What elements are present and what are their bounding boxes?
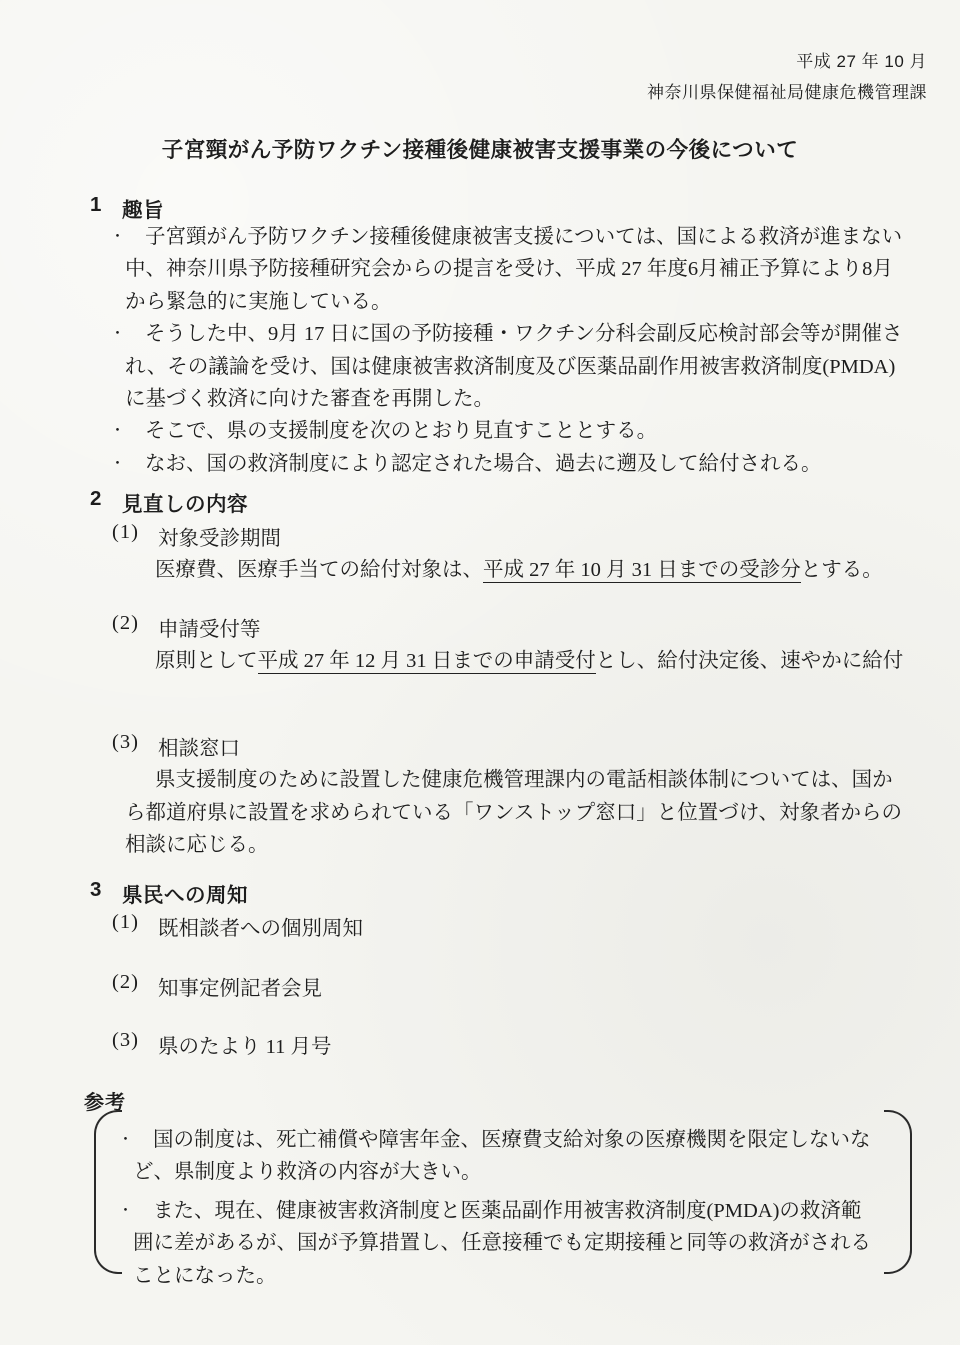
- section-2-title: 見直しの内容: [122, 487, 248, 517]
- item-3-1-title: 既相談者への個別周知: [158, 911, 363, 941]
- item-2-2-title: 申請受付等: [158, 612, 261, 642]
- item-2-1-title: 対象受診期間: [158, 521, 281, 551]
- item-2-2-label: (2): [112, 612, 158, 642]
- item-3-1-label: (1): [112, 911, 158, 941]
- item-2-2-heading: (2) 申請受付等: [112, 612, 261, 642]
- body-text: 原則として: [155, 650, 258, 672]
- body-text: 医療費、医療手当ての給付対象は、: [155, 559, 483, 581]
- reference-bullet-list: ・ 国の制度は、死亡補償や障害年金、医療費支給対象の医療機関を限定しないなど、県…: [120, 1124, 874, 1292]
- underlined-text: 平成 27 年 10 月 31 日までの受診分: [483, 559, 801, 583]
- item-3-2-label: (2): [112, 971, 158, 1001]
- bullet-text: なお、国の救済制度により認定された場合、過去に遡及して給付される。: [145, 453, 822, 475]
- item-3-1: (1) 既相談者への個別周知: [112, 911, 363, 941]
- section-3-number: 3: [90, 878, 122, 908]
- item-3-3-label: (3): [112, 1029, 158, 1059]
- bullet-icon: ・: [118, 1124, 133, 1156]
- item-2-3-body: 県支援制度のために設置した健康危機管理課内の電話相談体制については、国から都道府…: [125, 764, 913, 862]
- item-3-2-title: 知事定例記者会見: [158, 971, 322, 1001]
- bullet-text: そこで、県の支援制度を次のとおり見直すこととする。: [145, 420, 657, 442]
- section-2-heading: 2 見直しの内容: [90, 487, 248, 517]
- section-1-heading: 1 趣旨: [90, 193, 164, 223]
- bullet-text: そうした中、9月 17 日に国の予防接種・ワクチン分科会副反応検討部会等が開催さ…: [125, 323, 902, 410]
- bullet-icon: ・: [110, 415, 125, 447]
- item-2-2-body: 原則として平成 27 年 12 月 31 日までの申請受付とし、給付決定後、速や…: [125, 645, 913, 678]
- item-2-1-body: 医療費、医療手当ての給付対象は、平成 27 年 10 月 31 日までの受診分と…: [125, 554, 913, 587]
- bullet-icon: ・: [118, 1195, 133, 1227]
- item-2-3-title: 相談窓口: [158, 731, 240, 761]
- section-2-number: 2: [90, 487, 122, 517]
- item-3-3: (3) 県のたより 11 月号: [112, 1029, 332, 1059]
- bullet-icon: ・: [110, 318, 125, 350]
- bullet-item: ・ また、現在、健康被害救済制度と医薬品副作用被害救済制度(PMDA)の救済範囲…: [120, 1195, 874, 1292]
- section-1-number: 1: [90, 193, 122, 223]
- page-title: 子宮頸がん予防ワクチン接種後健康被害支援事業の今後について: [0, 133, 960, 164]
- section-3-title: 県民への周知: [122, 878, 248, 908]
- bullet-icon: ・: [110, 448, 125, 480]
- underlined-text: 平成 27 年 12 月 31 日までの申請受付: [258, 650, 596, 674]
- section-1-title: 趣旨: [122, 193, 164, 223]
- bullet-item: ・ 国の制度は、死亡補償や障害年金、医療費支給対象の医療機関を限定しないなど、県…: [120, 1124, 874, 1189]
- right-parenthesis-bracket: [884, 1110, 912, 1274]
- bullet-text: また、現在、健康被害救済制度と医薬品副作用被害救済制度(PMDA)の救済範囲に差…: [133, 1200, 871, 1287]
- section-3-heading: 3 県民への周知: [90, 878, 248, 908]
- bullet-text: 国の制度は、死亡補償や障害年金、医療費支給対象の医療機関を限定しないなど、県制度…: [133, 1129, 871, 1183]
- bullet-item: ・ 子宮頸がん予防ワクチン接種後健康被害支援については、国による救済が進まない中…: [112, 221, 907, 318]
- scanned-document-page: 平成 27 年 10 月 神奈川県保健福祉局健康危機管理課 子宮頸がん予防ワクチ…: [0, 0, 960, 1345]
- doc-date: 平成 27 年 10 月: [647, 46, 927, 77]
- item-2-3-heading: (3) 相談窓口: [112, 731, 240, 761]
- doc-department: 神奈川県保健福祉局健康危機管理課: [647, 77, 927, 108]
- bullet-text: 子宮頸がん予防ワクチン接種後健康被害支援については、国による救済が進まない中、神…: [125, 226, 902, 313]
- section-1-bullet-list: ・ 子宮頸がん予防ワクチン接種後健康被害支援については、国による救済が進まない中…: [112, 221, 907, 480]
- body-text: 県支援制度のために設置した健康危機管理課内の電話相談体制については、国から都道府…: [125, 769, 902, 856]
- bullet-item: ・ そうした中、9月 17 日に国の予防接種・ワクチン分科会副反応検討部会等が開…: [112, 318, 907, 415]
- body-text: とする。: [801, 559, 883, 581]
- body-text: とし、給付決定後、速やかに給付: [596, 650, 904, 672]
- bullet-item: ・ なお、国の救済制度により認定された場合、過去に遡及して給付される。: [112, 448, 907, 480]
- item-2-3-label: (3): [112, 731, 158, 761]
- reference-box: ・ 国の制度は、死亡補償や障害年金、医療費支給対象の医療機関を限定しないなど、県…: [94, 1110, 912, 1274]
- bullet-icon: ・: [110, 221, 125, 253]
- doc-header: 平成 27 年 10 月 神奈川県保健福祉局健康危機管理課: [647, 46, 927, 108]
- item-2-1-heading: (1) 対象受診期間: [112, 521, 281, 551]
- item-3-2: (2) 知事定例記者会見: [112, 971, 322, 1001]
- item-3-3-title: 県のたより 11 月号: [158, 1029, 332, 1059]
- item-2-1-label: (1): [112, 521, 158, 551]
- bullet-item: ・ そこで、県の支援制度を次のとおり見直すこととする。: [112, 415, 907, 447]
